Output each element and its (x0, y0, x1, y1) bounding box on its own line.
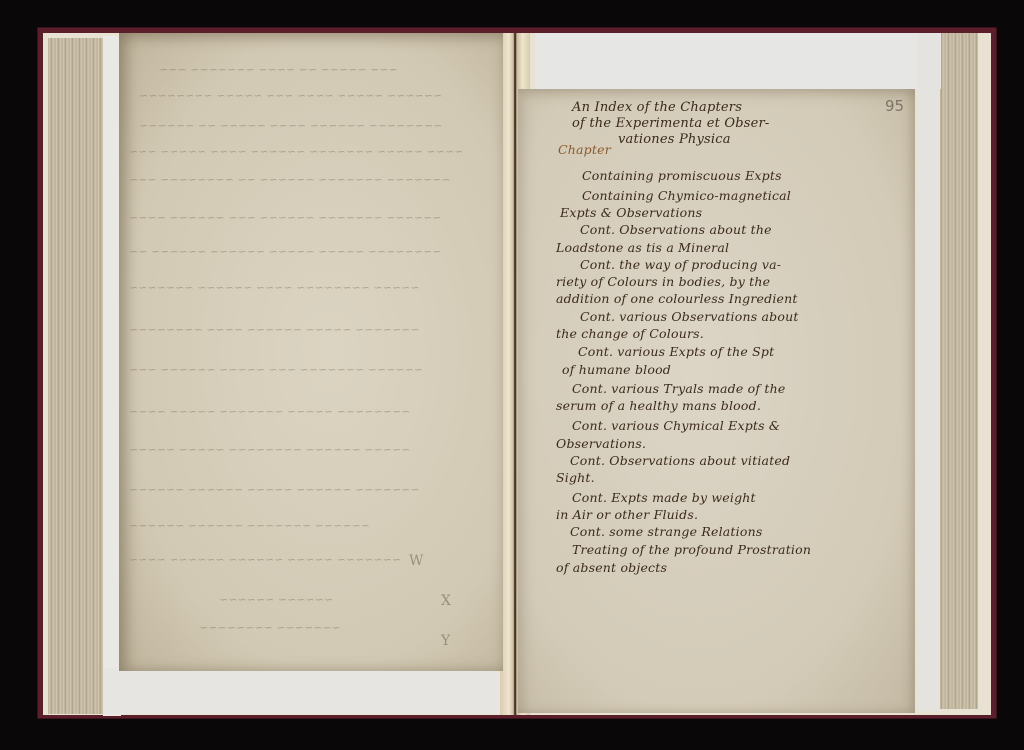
index-entry: Containing promiscuous Expts (582, 168, 782, 183)
bleed-line: ~~~~~~ ~~~~~~~ ~~~~~~ ~~~~~~ (129, 519, 370, 532)
index-entry: Cont. various Chymical Expts & (572, 418, 780, 433)
index-entry: Loadstone as tis a Mineral (556, 240, 729, 255)
index-entry: Expts & Observations (560, 205, 702, 220)
index-entry: Cont. Observations about the (580, 222, 772, 237)
bleed-line: ~~~~ ~~~~~ ~~~~~~~ ~~~~~~ ~~~~ ~~~~~ ~~~ (129, 145, 463, 158)
index-title-line-2: of the Experimenta et Obser- (572, 116, 770, 131)
right-mount-paper-top (535, 33, 941, 89)
bleed-line: ~~~~~~ ~~~~~~~ ~~~ ~~~~~ ~~~~~~ ~~~ (129, 363, 423, 376)
bleed-line: ~~~~~~~~ ~~~~~~ ~~~~ ~~~~~ ~~ ~~~~~~ (139, 119, 442, 132)
index-title-line-3: vationes Physica (618, 132, 731, 147)
bleed-line: ~~~~~~~ ~~~~~ ~~~~~~ ~~~~ ~~~~~~~~ (129, 323, 420, 336)
marginal-note-chapter: Chapter (558, 142, 611, 157)
index-entry: in Air or other Fluids. (556, 507, 698, 522)
index-entry: Cont. some strange Relations (570, 524, 762, 539)
bleed-line: ~~~~~~~~ ~~~~~ ~~~~~~~ ~~~~~ ~~~~ (129, 405, 410, 418)
bleed-line: ~~~~~~ ~~~~~~~ ~~~~~~ ~~~ ~~~~~~ ~~~~ (129, 211, 441, 224)
left-mount-paper (103, 668, 505, 714)
index-entry: of humane blood (562, 362, 671, 377)
index-entry: Cont. various Expts of the Spt (578, 344, 774, 359)
index-entry: the change of Colours. (556, 326, 704, 341)
index-entry: Treating of the profound Prostration (572, 542, 811, 557)
index-entry: Containing Chymico-magnetical (582, 188, 791, 203)
right-mount-paper-side (918, 33, 940, 711)
bleed-line: ~~~~~~ ~~~~~~ (219, 593, 333, 606)
folio-number: 95 (885, 97, 904, 115)
bleed-line: ~~~~~~~ ~~~~~ ~~~~~~ ~~~~~~ ~~~~ (129, 553, 401, 566)
index-entry: riety of Colours in bodies, by the (556, 274, 770, 289)
index-entry: of absent objects (556, 560, 667, 575)
bleed-line: ~~~~~~ ~~~~~ ~~~~ ~~~ ~~~~~ ~~~~~~~~ (139, 89, 442, 102)
bleed-line: ~~~~~~~ ~~~~~~ ~~~~~ ~~~~~~ ~~~~~~ (129, 483, 420, 496)
index-entry: Cont. various Observations about (580, 309, 799, 324)
index-entry: Cont. the way of producing va- (580, 257, 781, 272)
bleed-line: ~~~~~~~~ ~~~~~ ~~~~~ ~~~~~~ ~~~~~~ ~~ (129, 245, 441, 258)
index-entry: Cont. Expts made by weight (572, 490, 756, 505)
bleed-letter-x: X (441, 593, 451, 609)
index-entry: serum of a healthy mans blood. (556, 398, 761, 413)
left-leaf: ~~~ ~~~~~ ~~ ~~~~ ~~~~~~~ ~~~ ~~~~~~ ~~~… (119, 33, 503, 671)
index-entry: addition of one colourless Ingredient (556, 291, 798, 306)
index-entry: Cont. various Tryals made of the (572, 381, 785, 396)
bleed-line: ~~~~~ ~~~~~~~~ ~~~~ ~~~~~~ ~~~~~~~ (129, 281, 420, 294)
index-entry: Cont. Observations about vitiated (570, 453, 790, 468)
index-entry: Sight. (556, 470, 595, 485)
index-title-line-1: An Index of the Chapters (572, 100, 742, 115)
bleed-line: ~~~~~~~ ~~~~~~~ ~~~~~~ ~~ ~~~~~~~~ ~~~ (129, 173, 451, 186)
bleed-letter-w: W (409, 553, 423, 569)
bleed-line: ~~~~~~~ ~~~~~~~~ (199, 621, 341, 634)
left-page-block-edge (48, 38, 103, 714)
bleed-line: ~~~~~ ~~~~~~ ~~~~~~~~ ~~~~~ ~~~~~ (129, 443, 410, 456)
bleed-letter-y: Y (441, 633, 450, 649)
index-entry: Observations. (556, 436, 646, 451)
bleed-line: ~~~ ~~~~~ ~~ ~~~~ ~~~~~~~ ~~~ (159, 63, 398, 76)
right-page-block-edge (938, 33, 978, 709)
